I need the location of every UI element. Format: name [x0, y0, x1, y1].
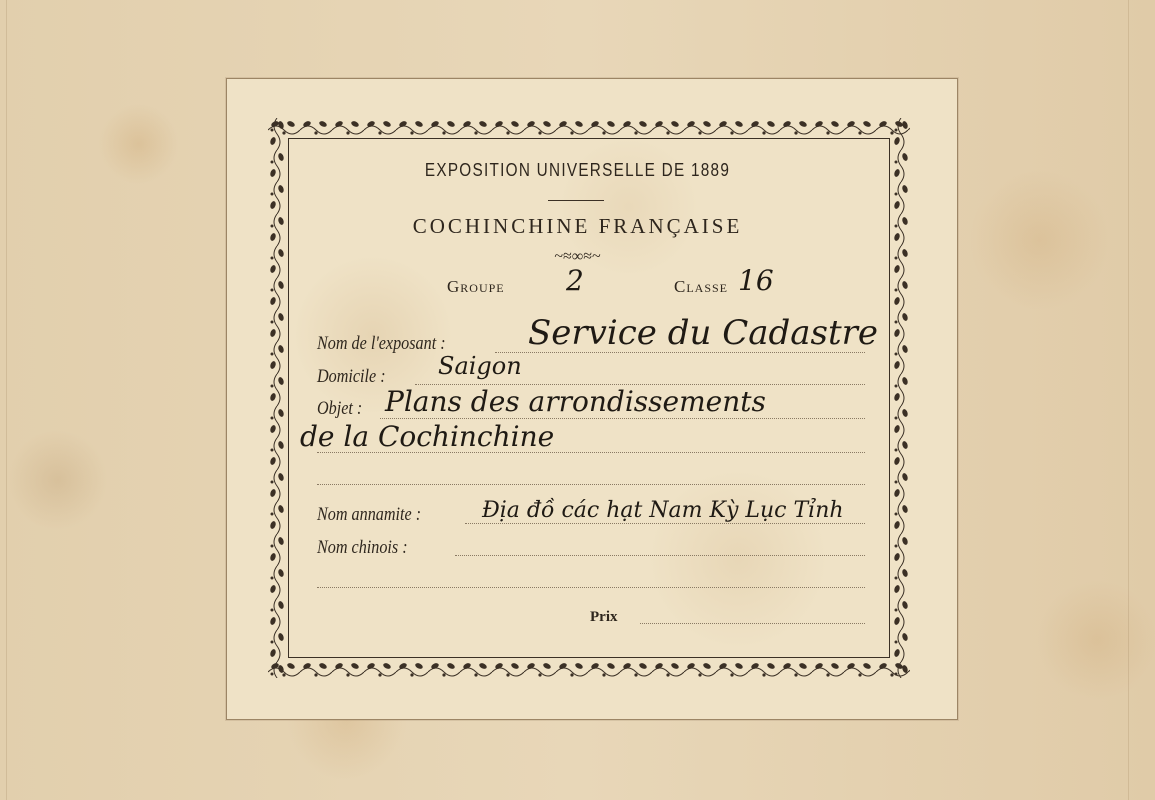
groupe-value: 2 [566, 264, 584, 297]
exposant-label: Nom de l'exposant : [317, 333, 446, 355]
colony-title: COCHINCHINE FRANÇAISE [0, 214, 1155, 239]
objet-label: Objet : [317, 398, 362, 420]
vine-border-left-icon [268, 118, 286, 678]
vine-border-top-icon [268, 118, 910, 136]
objet-value-continued: de la Cochinchine [300, 420, 554, 453]
chinois-line [455, 555, 865, 556]
domicile-value: Saigon [438, 352, 522, 380]
classe-label: Classe [674, 277, 728, 297]
vine-border-bottom-icon [268, 660, 910, 678]
annamite-line [465, 523, 865, 524]
paper-fold-left [6, 0, 7, 800]
exposant-value: Service du Cadastre [528, 313, 878, 353]
annamite-value: Địa đồ các hạt Nam Kỳ Lục Tỉnh [482, 498, 844, 523]
title-divider [548, 200, 604, 201]
domicile-label: Domicile : [317, 366, 386, 388]
prix-label: Prix [590, 609, 618, 626]
vine-border-right-icon [892, 118, 910, 678]
prix-line [640, 623, 865, 624]
classe-value: 16 [738, 264, 774, 297]
blank-line [317, 484, 865, 485]
annamite-label: Nom annamite : [317, 504, 421, 526]
paper-fold-right [1128, 0, 1129, 800]
objet-line [380, 418, 865, 419]
blank-line-2 [317, 587, 865, 588]
chinois-label: Nom chinois : [317, 537, 408, 559]
objet-value: Plans des arrondissements [385, 385, 766, 418]
groupe-label: Groupe [447, 277, 505, 297]
exposition-title: EXPOSITION UNIVERSELLE DE 1889 [87, 160, 1069, 181]
